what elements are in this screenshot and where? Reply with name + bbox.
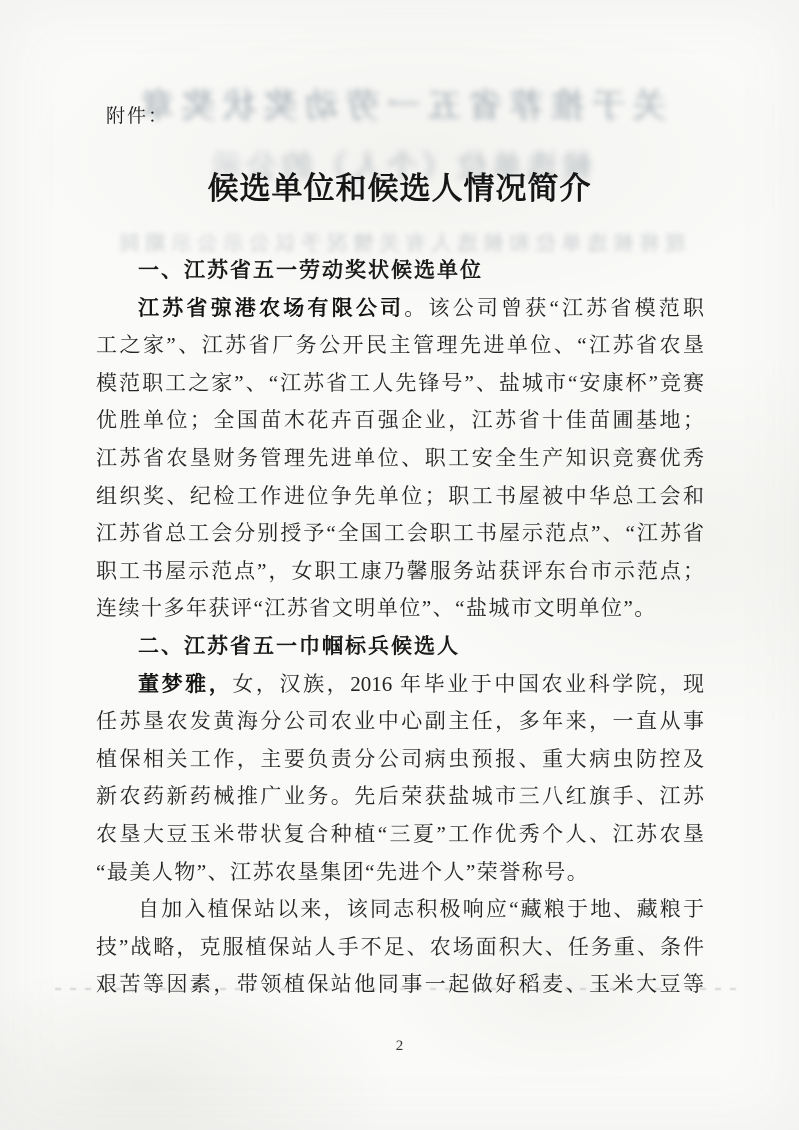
text-line: 艰苦等因素，带领植保站他同事一起做好稻麦、玉米大豆等 [96, 966, 704, 1004]
document-title: 候选单位和候选人情况简介 [0, 163, 799, 208]
bold-run: 江苏省弶港农场有限公司 [138, 296, 404, 320]
text-line: 工之家”、江苏省厂务公开民主管理先进单位、“江苏省农垦 [96, 327, 704, 365]
section-heading-1: 一、江苏省五一劳动奖状候选单位 [96, 252, 704, 290]
text-line: “最美人物”、江苏农垦集团“先进个人”荣誉称号。 [96, 854, 704, 892]
text-line: 组织奖、纪检工作进位争先单位；职工书屋被中华总工会和 [96, 478, 704, 516]
text-line: 模范职工之家”、“江苏省工人先锋号”、盐城市“安康杯”竞赛 [96, 365, 704, 403]
text-line: 农垦大豆玉米带状复合种植“三夏”工作优秀个人、江苏农垦 [96, 816, 704, 854]
text-line: 江苏省农垦财务管理先进单位、职工安全生产知识竞赛优秀 [96, 440, 704, 478]
text-line: 自加入植保站以来，该同志积极响应“藏粮于地、藏粮于 [96, 891, 704, 929]
bold-run: 董梦雅， [138, 672, 232, 696]
text-line: 技”战略，克服植保站人手不足、农场面积大、任务重、条件 [96, 929, 704, 967]
document-body: 一、江苏省五一劳动奖状候选单位江苏省弶港农场有限公司。该公司曾获“江苏省模范职工… [96, 252, 704, 1004]
text-line: 任苏垦农发黄海分公司农业中心副主任，多年来，一直从事 [96, 703, 704, 741]
document-page: 关于推荐省五一劳动奖状奖章 候选单位（个人）的公示 现将候选单位和候选人有关情况… [0, 0, 799, 1130]
text-line: 董梦雅，女，汉族，2016 年毕业于中国农业科学院，现 [96, 666, 704, 704]
text-line: 植保相关工作，主要负责分公司病虫预报、重大病虫防控及 [96, 741, 704, 779]
text-line: 优胜单位；全国苗木花卉百强企业，江苏省十佳苗圃基地； [96, 402, 704, 440]
section-heading-2: 二、江苏省五一巾帼标兵候选人 [96, 628, 704, 666]
text-line: 江苏省总工会分别授予“全国工会职工书屋示范点”、“江苏省 [96, 515, 704, 553]
attachment-label: 附件： [106, 101, 169, 128]
text-line: 职工书屋示范点”，女职工康乃馨服务站获评东台市示范点； [96, 553, 704, 591]
text-line: 新农药新药械推广业务。先后荣获盐城市三八红旗手、江苏 [96, 778, 704, 816]
text-line: 连续十多年获评“江苏省文明单位”、“盐城市文明单位”。 [96, 590, 704, 628]
text-line: 江苏省弶港农场有限公司。该公司曾获“江苏省模范职 [96, 290, 704, 328]
page-number: 2 [0, 1038, 799, 1055]
